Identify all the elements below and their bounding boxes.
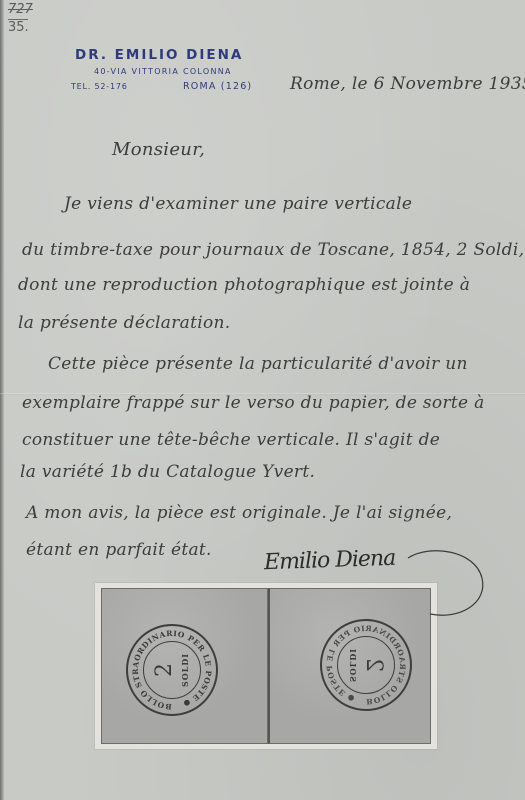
stamp-unit: SOLDI — [348, 621, 358, 709]
body-line: Cette pièce présente la particularité d'… — [48, 354, 468, 374]
letterhead-name: DR. EMILIO DIENA — [75, 47, 243, 63]
body-line: la variété 1b du Catalogue Yvert. — [20, 462, 315, 482]
salutation: Monsieur, — [112, 139, 205, 160]
stamp-seal-mirrored-icon: BOLLO STRAORDINARIO PER LE POSTE ● 2 SOL… — [320, 619, 412, 711]
stamp-unit: SOLDI — [180, 626, 190, 714]
body-line: constituer une tête-bêche verticale. Il … — [22, 430, 440, 450]
photo-image-area: BOLLO STRAORDINARIO PER LE POSTE ● 2 SOL… — [101, 588, 431, 744]
paper-edge-shadow — [0, 0, 4, 800]
signature: Emilio Diena — [264, 546, 396, 576]
archive-number-top: 727 — [8, 2, 33, 18]
stamp-seal-icon: BOLLO STRAORDINARIO PER LE POSTE ● 2 SOL… — [126, 624, 218, 716]
body-line: A mon avis, la pièce est originale. Je l… — [26, 503, 452, 523]
archive-marks: 727 35. — [8, 2, 33, 36]
dateline: Rome, le 6 Novembre 1935 — [290, 74, 525, 94]
body-line: Je viens d'examiner une paire verticale — [64, 194, 412, 214]
letterhead-address: 40-VIA VITTORIA COLONNA — [94, 67, 232, 76]
body-line: du timbre-taxe pour journaux de Toscane,… — [22, 240, 524, 260]
body-line: exemplaire frappé sur le verso du papier… — [22, 393, 485, 413]
stamp-value: 2 — [152, 626, 177, 714]
body-line: étant en parfait état. — [26, 540, 212, 560]
letterhead-telephone: TEL. 52-176 — [71, 82, 128, 91]
signature-flourish-icon — [400, 548, 490, 628]
body-line: la présente déclaration. — [18, 313, 230, 333]
letterhead-city: ROMA (126) — [183, 81, 252, 92]
stamp-value: 2 — [361, 621, 386, 709]
stamp-normal: BOLLO STRAORDINARIO PER LE POSTE ● 2 SOL… — [101, 588, 268, 744]
body-line: dont une reproduction photographique est… — [18, 275, 470, 295]
stamp-photograph: BOLLO STRAORDINARIO PER LE POSTE ● 2 SOL… — [95, 583, 437, 749]
archive-number-bottom: 35. — [8, 20, 33, 36]
